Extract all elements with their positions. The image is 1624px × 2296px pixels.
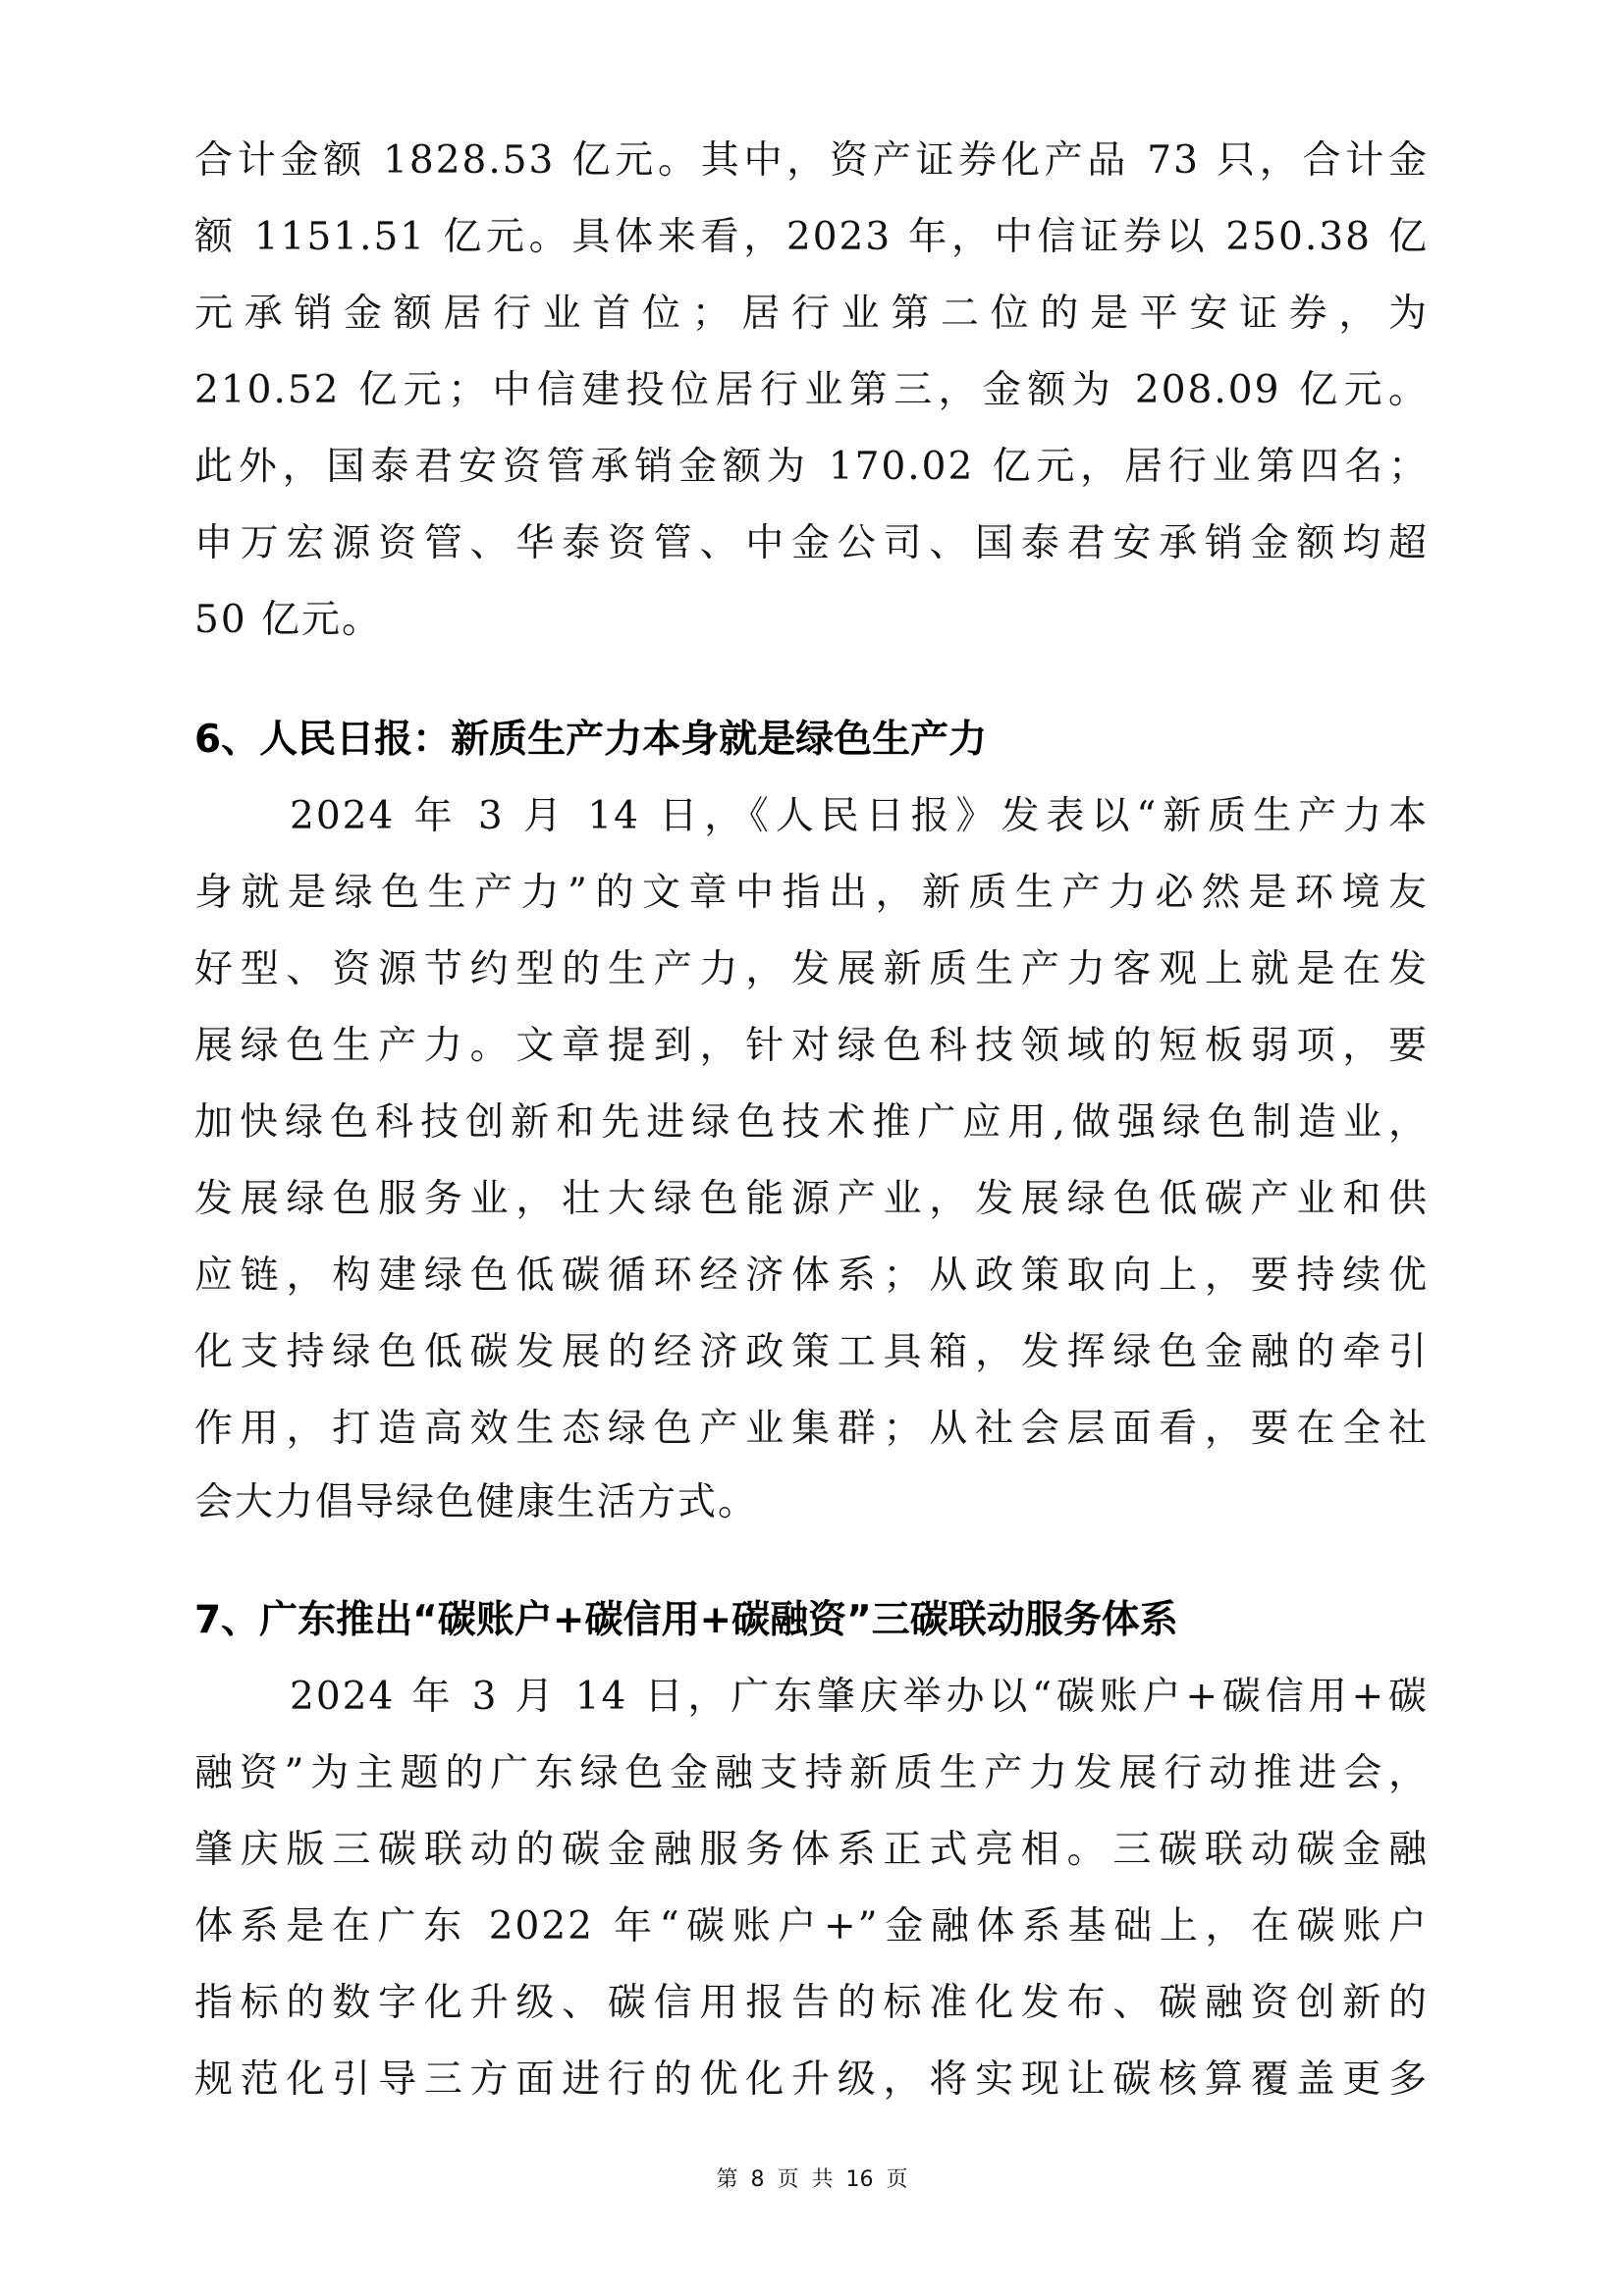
- body-text-line: 肇庆版三碳联动的碳金融服务体系正式亮相。三碳联动碳金融: [194, 1825, 1429, 1876]
- body-text-line: 发展绿色服务业，壮大绿色能源产业，发展绿色低碳产业和供: [194, 1174, 1429, 1225]
- page-number-footer: 第 8 页 共 16 页: [0, 2163, 1624, 2193]
- body-text-line: 210.52 亿元；中信建投位居行业第三，金额为 208.09 亿元。: [194, 365, 1429, 416]
- body-text-line: 加快绿色科技创新和先进绿色技术推广应用,做强绿色制造业，: [194, 1097, 1429, 1148]
- body-text-line: 化支持绿色低碳发展的经济政策工具箱，发挥绿色金融的牵引: [194, 1327, 1429, 1378]
- body-text-line: 此外，国泰君安资管承销金额为 170.02 亿元，居行业第四名；: [194, 442, 1429, 493]
- body-text-line: 融资”为主题的广东绿色金融支持新质生产力发展行动推进会，: [194, 1748, 1429, 1799]
- body-text-line: 指标的数字化升级、碳信用报告的标准化发布、碳融资创新的: [194, 1978, 1429, 2029]
- body-text-line: 作用，打造高效生态绿色产业集群；从社会层面看，要在全社: [194, 1404, 1429, 1455]
- body-text-line: 元承销金额居行业首位；居行业第二位的是平安证券，为: [194, 289, 1429, 340]
- body-text-line: 身就是绿色生产力”的文章中指出，新质生产力必然是环境友: [194, 868, 1429, 919]
- body-text-line: 2024 年 3 月 14 日，广东肇庆举办以“碳账户+碳信用+碳: [290, 1672, 1429, 1723]
- body-text-line: 申万宏源资管、华泰资管、中金公司、国泰君安承销金额均超: [194, 518, 1429, 569]
- body-text-line: 体系是在广东 2022 年“碳账户+”金融体系基础上，在碳账户: [194, 1901, 1429, 1952]
- body-text-line: 2024 年 3 月 14 日，《人民日报》发表以“新质生产力本: [290, 791, 1429, 842]
- section-heading-7: 7、广东推出“碳账户+碳信用+碳融资”三碳联动服务体系: [194, 1594, 1178, 1647]
- section-heading-6: 6、人民日报：新质生产力本身就是绿色生产力: [194, 714, 987, 767]
- body-text-line: 额 1151.51 亿元。具体来看，2023 年，中信证券以 250.38 亿: [194, 212, 1429, 263]
- body-text-line: 应链，构建绿色低碳循环经济体系；从政策取向上，要持续优: [194, 1251, 1429, 1302]
- document-page: 合计金额 1828.53 亿元。其中，资产证券化产品 73 只，合计金 额 11…: [0, 0, 1624, 2296]
- body-text-line: 50 亿元。: [194, 595, 1429, 646]
- body-text-line: 合计金额 1828.53 亿元。其中，资产证券化产品 73 只，合计金: [194, 135, 1429, 187]
- body-text-line: 会大力倡导绿色健康生活方式。: [194, 1477, 1429, 1528]
- body-text-line: 展绿色生产力。文章提到，针对绿色科技领域的短板弱项，要: [194, 1021, 1429, 1072]
- body-text-line: 规范化引导三方面进行的优化升级，将实现让碳核算覆盖更多: [194, 2055, 1429, 2106]
- body-text-line: 好型、资源节约型的生产力，发展新质生产力客观上就是在发: [194, 944, 1429, 995]
